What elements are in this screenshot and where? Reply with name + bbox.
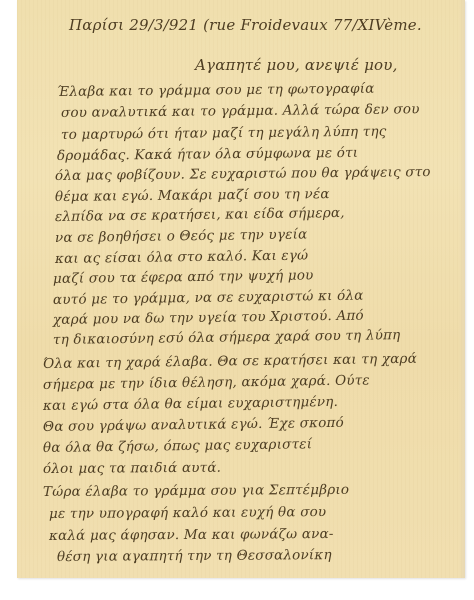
body-line: θα όλα θα ζήσω, όπως μας ευχαριστεί [43,436,312,456]
body-line: αυτό με το γράμμα, να σε ευχαριστώ κι όλ… [53,288,364,308]
body-line: και ας είσαι όλα στο καλό. Και εγώ [55,247,309,267]
letter-header-place-date: Παρίσι 29/3/921 (rue Froidevaux 77/XIVèm… [69,16,422,34]
body-line: όλα μας φοβίζουν. Σε ευχαριστώ που θα γρ… [55,164,431,184]
body-line: Τώρα έλαβα το γράμμα σου για Σεπτέμβριο [43,482,349,500]
body-line: και εγώ στα όλα θα είμαι ευχαριστημένη. [43,394,338,414]
body-line: τη δικαιοσύνη εσύ όλα σήμερα χαρά σου τη… [53,327,401,348]
body-line: Έλαβα και το γράμμα σου με τη φωτογραφία [57,81,375,100]
letter-salutation: Αγαπητέ μου, ανεψιέ μου, [195,56,398,74]
body-line: ελπίδα να σε κρατήσει, και είδα σήμερα, [55,205,345,225]
body-line: σήμερα με την ίδια θέληση, ακόμα χαρά. Ο… [43,372,370,393]
body-line: Θα σου γράψω αναλυτικά εγώ. Έχε σκοπό [43,415,344,435]
body-line: όλοι μας τα παιδιά αυτά. [43,460,221,477]
letter-page: Παρίσι 29/3/921 (rue Froidevaux 77/XIVèm… [17,0,465,578]
body-line: καλά μας άφησαν. Μα και φωνάζω ανα- [49,526,334,544]
body-line: δρομάδας. Κακά ήταν όλα σύμφωνα με ότι [57,145,358,164]
body-line: σου αναλυτικά και το γράμμα. Αλλά τώρα δ… [61,101,420,121]
body-line: θέση για αγαπητή την τη Θεσσαλονίκη [57,547,332,565]
body-line: μαζί σου τα έφερα από την ψυχή μου [53,267,314,287]
body-line: να σε βοηθήσει ο Θεός με την υγεία [55,226,308,246]
body-line: το μαρτυρώ ότι ήταν μαζί τη μεγάλη λύπη … [61,124,387,143]
body-line: χαρά μου να δω την υγεία του Χριστού. Απ… [53,308,364,328]
body-line: Όλα και τη χαρά έλαβα. Θα σε κρατήσει κα… [43,351,417,372]
body-line: με την υπογραφή καλό και ευχή θα σου [49,504,326,522]
body-line: θέμα και εγώ. Μακάρι μαζί σου τη νέα [55,186,330,205]
